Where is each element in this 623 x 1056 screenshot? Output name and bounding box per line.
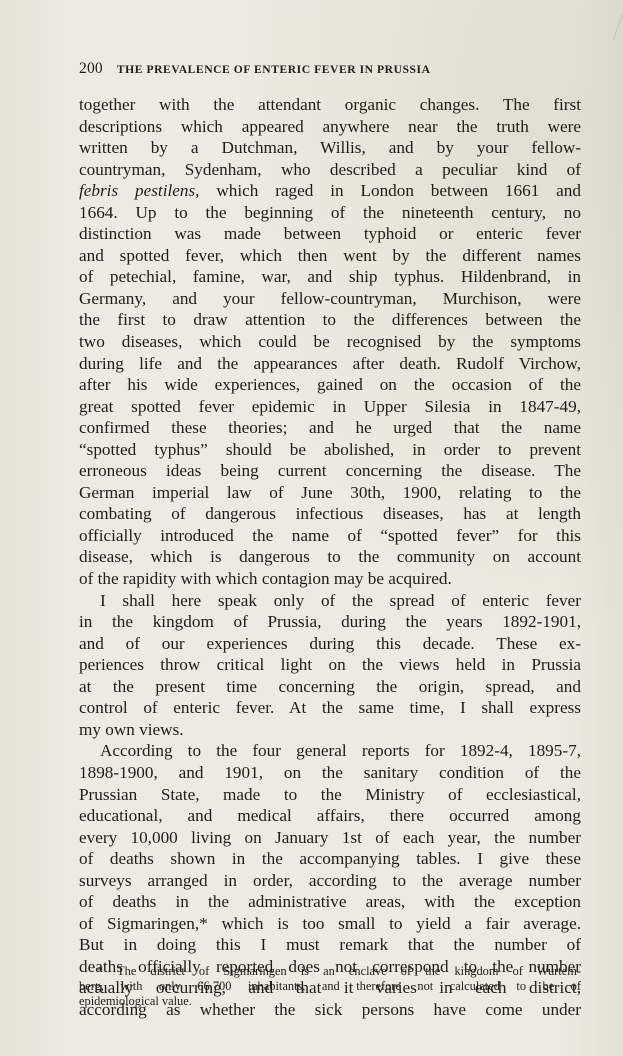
text-line: and spotted fever, which then went by th… bbox=[79, 245, 581, 267]
text-line: of deaths in the administrative areas, w… bbox=[79, 891, 581, 913]
text-line: I shall here speak only of the spread of… bbox=[79, 590, 581, 612]
footnote: * The district of Sigmaringen is an encl… bbox=[79, 964, 581, 1010]
text-line: every 10,000 living on January 1st of ea… bbox=[79, 827, 581, 849]
text-line: disease, which is dangerous to the commu… bbox=[79, 546, 581, 568]
text-line: “spotted typhus” should be abolished, in… bbox=[79, 439, 581, 461]
page-number: 200 bbox=[79, 60, 103, 78]
text-line: countryman, Sydenham, who described a pe… bbox=[79, 159, 581, 181]
text-line: Prussian State, made to the Ministry of … bbox=[79, 784, 581, 806]
text-line: written by a Dutchman, Willis, and by yo… bbox=[79, 137, 581, 159]
text-line: control of enteric fever. At the same ti… bbox=[79, 697, 581, 719]
text-line: of the rapidity with which contagion may… bbox=[79, 568, 581, 590]
text-line: and of our experiences during this decad… bbox=[79, 633, 581, 655]
footnote-line: berg, with only 66,700 inhabitants, and … bbox=[79, 979, 581, 994]
text-line: at the present time concerning the origi… bbox=[79, 676, 581, 698]
text-line: periences throw critical light on the vi… bbox=[79, 654, 581, 676]
text-line: combating of dangerous infectious diseas… bbox=[79, 503, 581, 525]
scanned-book-page: 200 THE PREVALENCE OF ENTERIC FEVER IN P… bbox=[0, 0, 623, 1056]
paragraph-scope: I shall here speak only of the spread of… bbox=[79, 590, 581, 741]
text-line: after his wide experiences, gained on th… bbox=[79, 374, 581, 396]
text-line: descriptions which appeared anywhere nea… bbox=[79, 116, 581, 138]
text-line: officially introduced the name of “spott… bbox=[79, 525, 581, 547]
text-line: of petechial, famine, war, and ship typh… bbox=[79, 266, 581, 288]
text-line: Germany, and your fellow-countryman, Mur… bbox=[79, 288, 581, 310]
text-line: during life and the appearances after de… bbox=[79, 353, 581, 375]
text-line-rest: which raged in London between 1661 and bbox=[199, 181, 581, 200]
text-line: 1898-1900, and 1901, on the sanitary con… bbox=[79, 762, 581, 784]
text-line: of Sigmaringen,* which is too small to y… bbox=[79, 913, 581, 935]
text-line: febris pestilens, which raged in London … bbox=[79, 180, 581, 202]
text-line: the first to draw attention to the diffe… bbox=[79, 309, 581, 331]
text-line: erroneous ideas being current concerning… bbox=[79, 460, 581, 482]
italic-term: febris pestilens, bbox=[79, 181, 199, 200]
text-line: my own views. bbox=[79, 719, 581, 741]
text-line: According to the four general reports fo… bbox=[79, 740, 581, 762]
body-text: together with the attendant organic chan… bbox=[79, 94, 581, 1021]
text-line: together with the attendant organic chan… bbox=[79, 94, 581, 116]
running-header: 200 THE PREVALENCE OF ENTERIC FEVER IN P… bbox=[79, 60, 581, 78]
text-line: surveys arranged in order, according to … bbox=[79, 870, 581, 892]
text-line: two diseases, which could be recognised … bbox=[79, 331, 581, 353]
paragraph-history: together with the attendant organic chan… bbox=[79, 94, 581, 590]
text-line: 1664. Up to the beginning of the ninetee… bbox=[79, 202, 581, 224]
page-corner-fold bbox=[591, 0, 623, 40]
text-line: educational, and medical affairs, there … bbox=[79, 805, 581, 827]
text-line: of deaths shown in the accompanying tabl… bbox=[79, 848, 581, 870]
text-line: German imperial law of June 30th, 1900, … bbox=[79, 482, 581, 504]
text-line: great spotted fever epidemic in Upper Si… bbox=[79, 396, 581, 418]
text-line: confirmed these theories; and he urged t… bbox=[79, 417, 581, 439]
running-title: THE PREVALENCE OF ENTERIC FEVER IN PRUSS… bbox=[117, 63, 431, 76]
text-line: in the kingdom of Prussia, during the ye… bbox=[79, 611, 581, 633]
text-line: distinction was made between typhoid or … bbox=[79, 223, 581, 245]
footnote-line: epidemiological value. bbox=[79, 994, 581, 1009]
text-line: But in doing this I must remark that the… bbox=[79, 934, 581, 956]
footnote-line: * The district of Sigmaringen is an encl… bbox=[79, 964, 581, 979]
